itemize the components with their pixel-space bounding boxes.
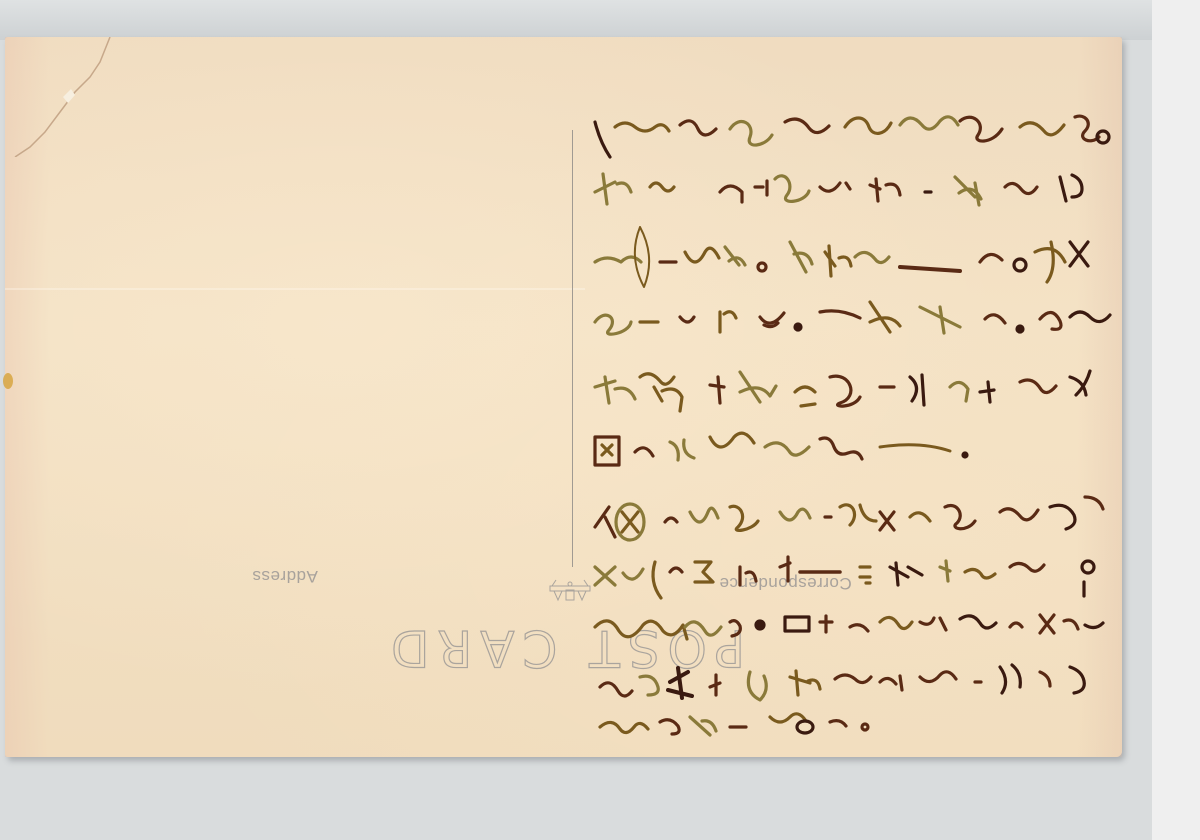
scan-background (0, 0, 1152, 40)
address-label: Address (252, 566, 318, 586)
scan-margin-strip (1152, 0, 1200, 840)
fold-line (5, 288, 585, 290)
address-divider-line (572, 130, 573, 567)
postcard: Address Correspondence POST CARD (5, 37, 1122, 757)
crease-mark (5, 37, 205, 157)
ink-stain (3, 373, 13, 389)
handwritten-message (580, 67, 1125, 757)
